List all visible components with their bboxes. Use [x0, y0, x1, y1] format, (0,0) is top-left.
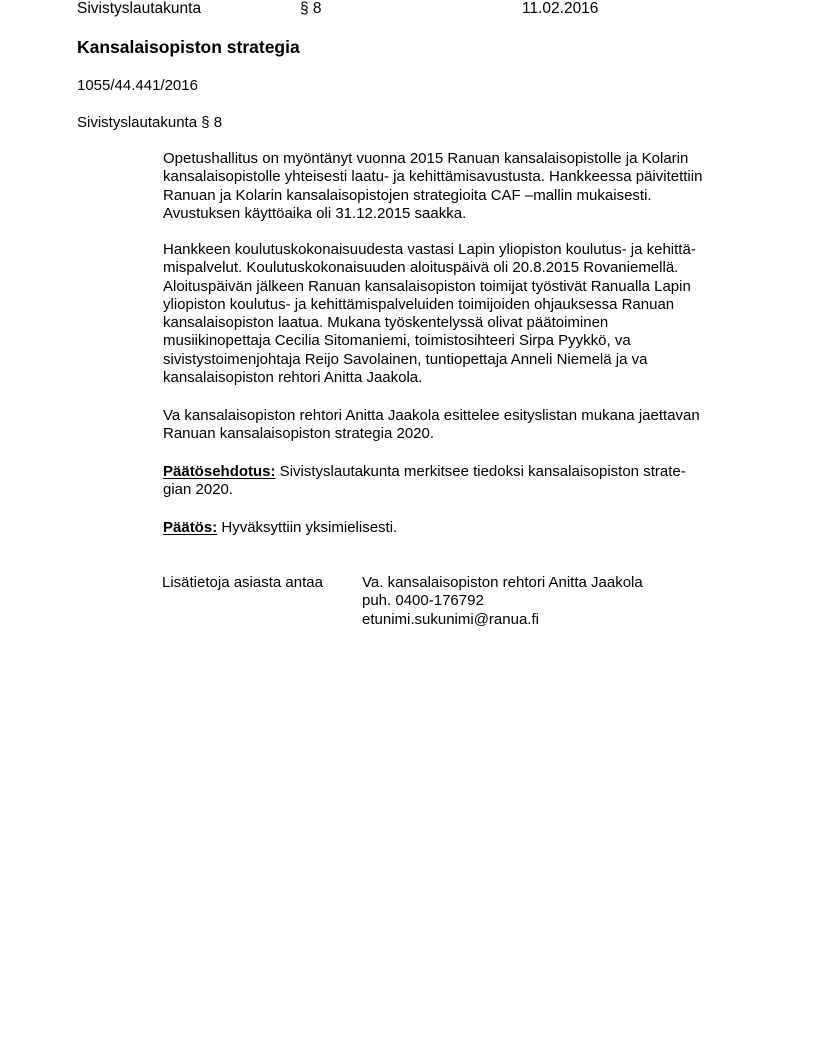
paragraph-1: Opetushallitus on myöntänyt vuonna 2015 …	[163, 150, 763, 223]
paragraph-line: Ranuan kansalaisopiston strategia 2020.	[163, 425, 763, 443]
paragraph-line: Aloituspäivän jälkeen Ranuan kansalaisop…	[163, 278, 763, 296]
paragraph-line: musiikinopettaja Cecilia Sitomaniemi, to…	[163, 332, 763, 350]
decision-label: Päätös:	[163, 519, 217, 536]
document-title: Kansalaisopiston strategia	[77, 37, 300, 57]
proposal-text: Sivistyslautakunta merkitsee tiedoksi ka…	[276, 463, 686, 480]
header-section: § 8	[300, 0, 322, 18]
paragraph-line: mispalvelut. Koulutuskokonaisuuden aloit…	[163, 259, 763, 277]
paragraph-line: Hankkeen koulutuskokonaisuudesta vastasi…	[163, 241, 763, 259]
record-number: 1055/44.441/2016	[77, 77, 198, 95]
contact-details: Va. kansalaisopiston rehtori Anitta Jaak…	[362, 574, 643, 629]
contact-phone: puh. 0400-176792	[362, 592, 643, 610]
paragraph-line: kansalaisopistolle yhteisesti laatu- ja …	[163, 168, 763, 186]
section-reference: Sivistyslautakunta § 8	[77, 114, 222, 132]
proposal-text-cont: gian 2020.	[163, 481, 763, 499]
contact-name: Va. kansalaisopiston rehtori Anitta Jaak…	[362, 574, 643, 592]
paragraph-line: Ranuan ja Kolarin kansalaisopistojen str…	[163, 187, 763, 205]
paragraph-line: Avustuksen käyttöaika oli 31.12.2015 saa…	[163, 205, 763, 223]
paragraph-line: Va kansalaisopiston rehtori Anitta Jaako…	[163, 407, 763, 425]
paragraph-line: kansalaisopiston rehtori Anitta Jaakola.	[163, 369, 763, 387]
paragraph-line: sivistystoimenjohtaja Reijo Savolainen, …	[163, 351, 763, 369]
decision-proposal: Päätösehdotus: Sivistyslautakunta merkit…	[163, 463, 763, 500]
proposal-label: Päätösehdotus:	[163, 463, 276, 480]
paragraph-2: Hankkeen koulutuskokonaisuudesta vastasi…	[163, 241, 763, 387]
paragraph-line: kansalaisopiston laatua. Mukana työskent…	[163, 314, 763, 332]
header-date: 11.02.2016	[522, 0, 598, 18]
paragraph-line: yliopiston koulutus- ja kehittämispalvel…	[163, 296, 763, 314]
decision: Päätös: Hyväksyttiin yksimielisesti.	[163, 519, 763, 537]
header-committee: Sivistyslautakunta	[77, 0, 201, 18]
contact-email: etunimi.sukunimi@ranua.fi	[362, 611, 643, 629]
decision-text: Hyväksyttiin yksimielisesti.	[217, 519, 397, 536]
contact-label: Lisätietoja asiasta antaa	[162, 574, 323, 592]
paragraph-3: Va kansalaisopiston rehtori Anitta Jaako…	[163, 407, 763, 444]
paragraph-line: Opetushallitus on myöntänyt vuonna 2015 …	[163, 150, 763, 168]
